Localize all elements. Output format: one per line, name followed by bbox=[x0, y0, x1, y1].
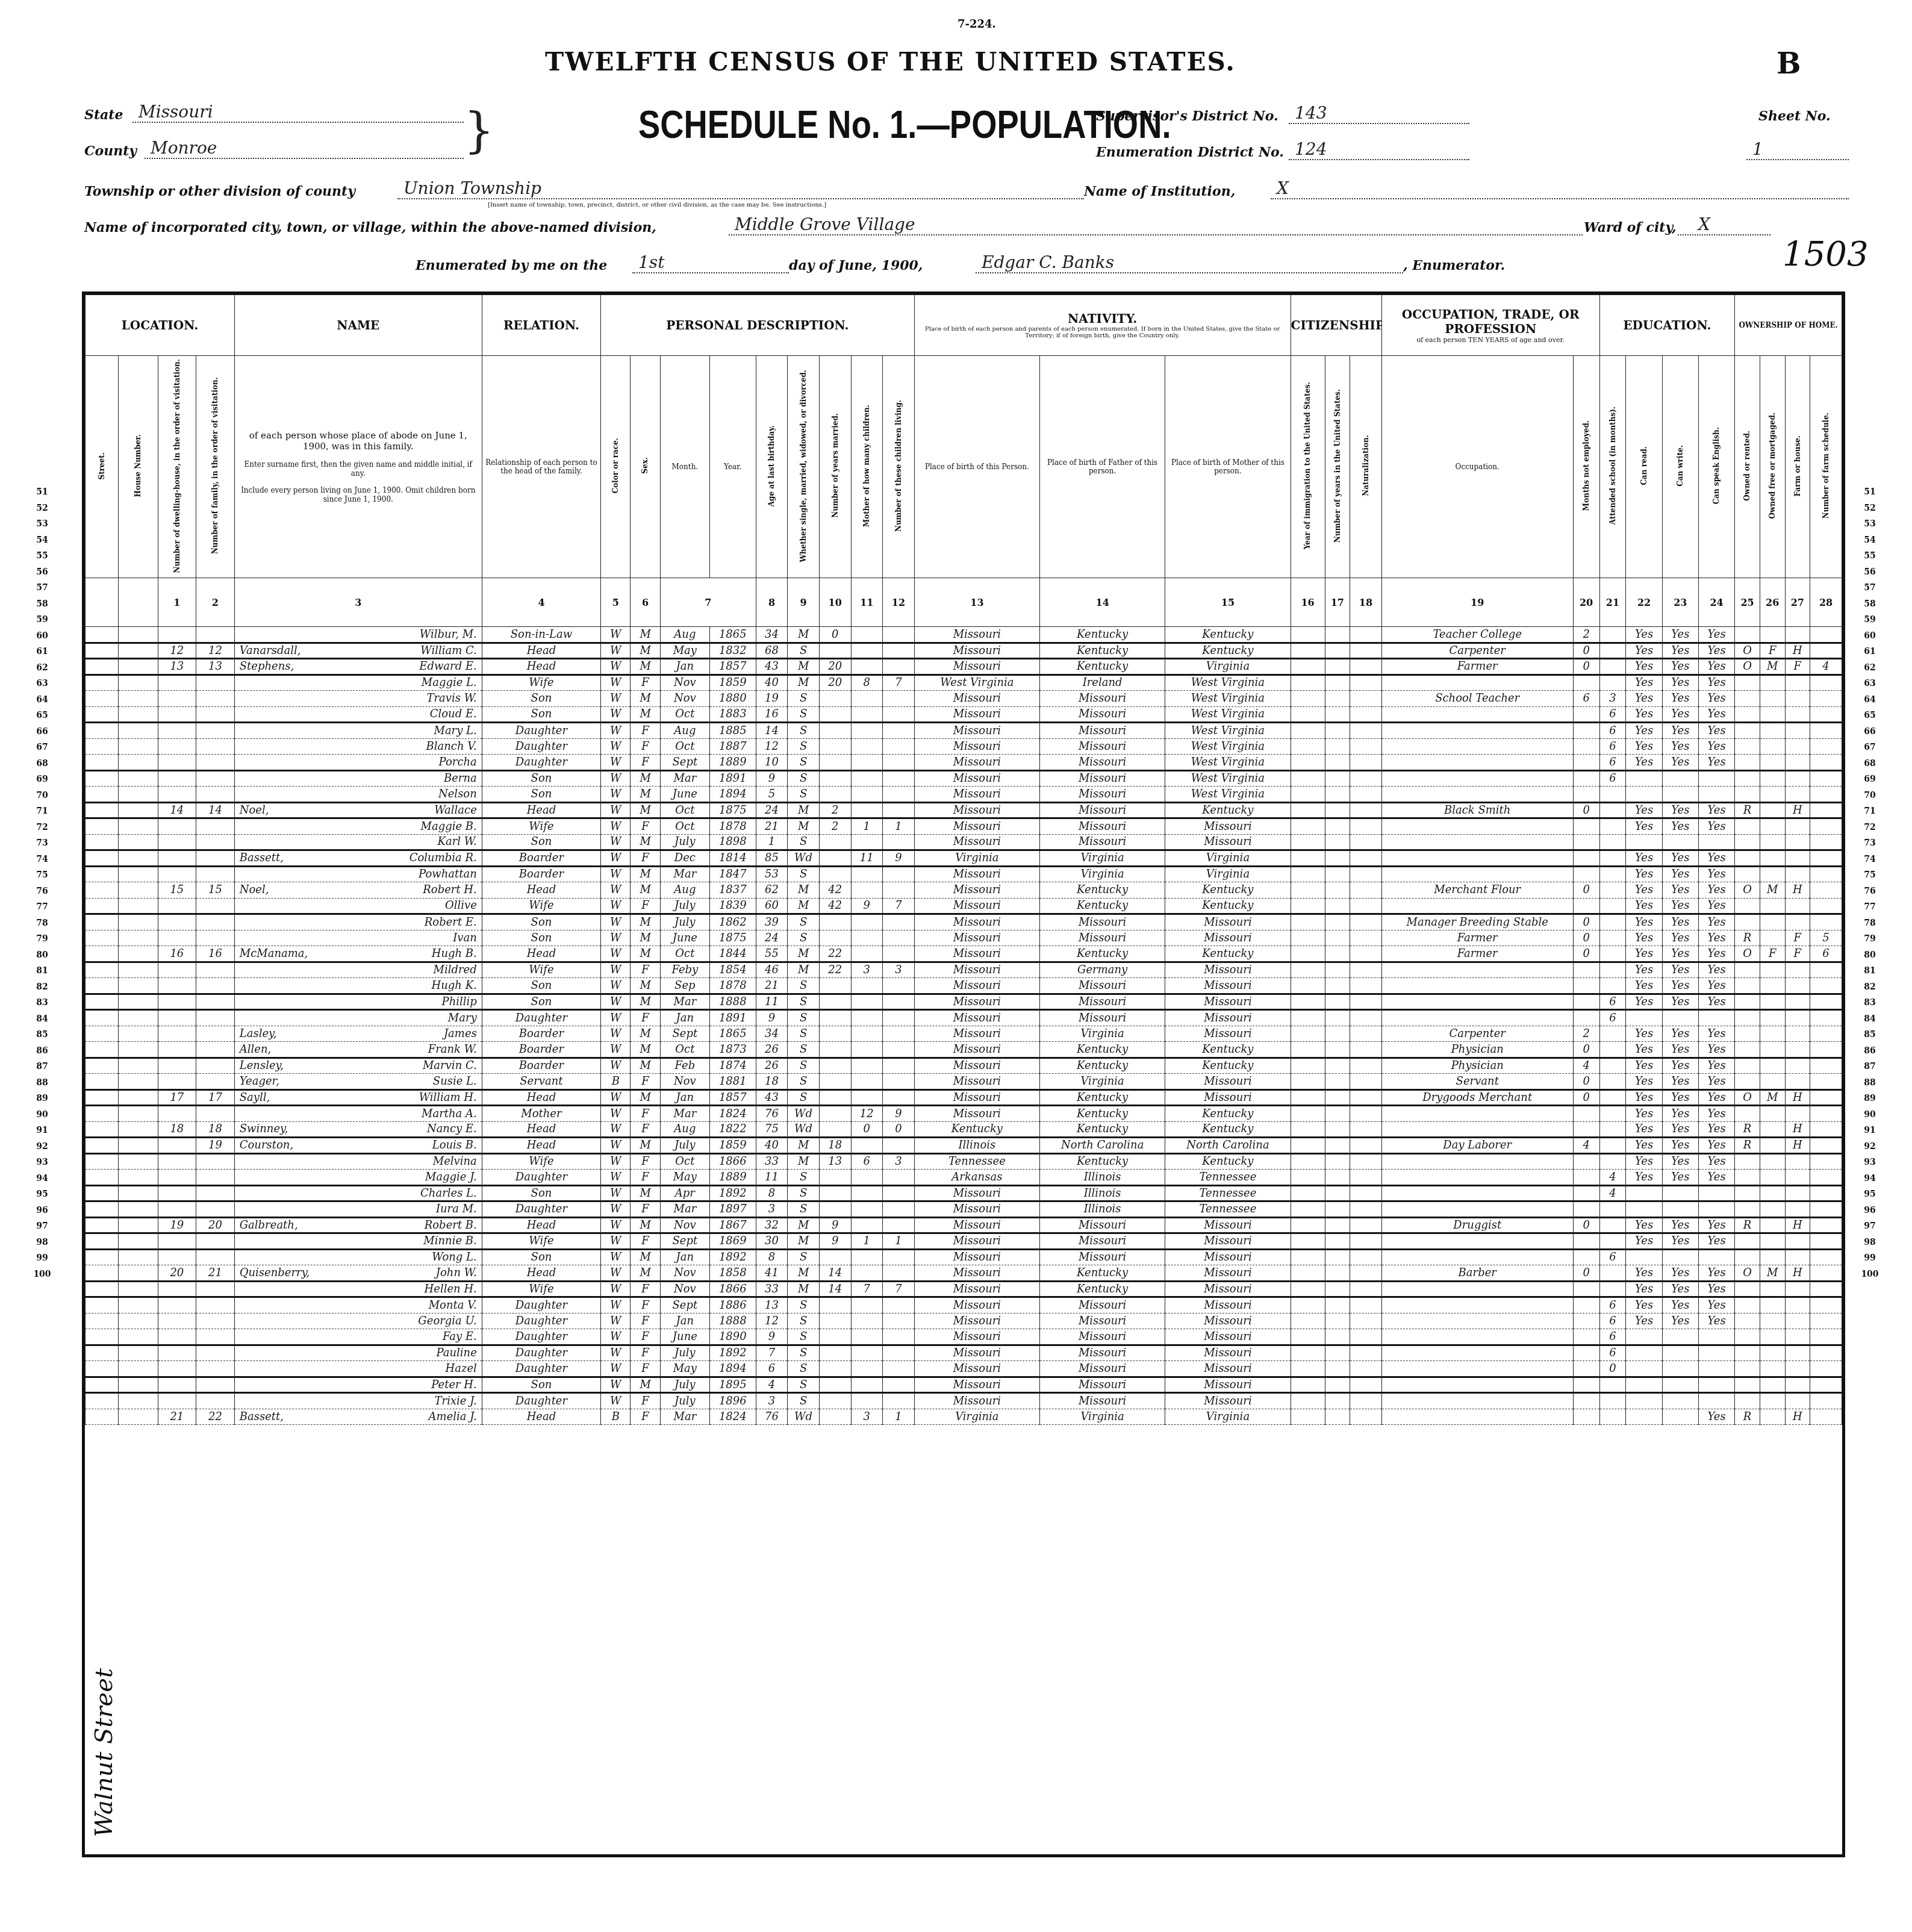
can-read: Yes bbox=[1626, 818, 1662, 835]
farm-schedule-number bbox=[1810, 1121, 1842, 1138]
occupation bbox=[1381, 834, 1573, 850]
empty-cell bbox=[86, 1361, 119, 1377]
birth-month: Jan bbox=[660, 1249, 709, 1265]
given-name: Hugh K. bbox=[432, 979, 482, 992]
mother-of-children: 1 bbox=[851, 1233, 883, 1250]
relation: Daughter bbox=[482, 1329, 600, 1345]
birth-year: 1888 bbox=[709, 994, 756, 1010]
months-unemployed bbox=[1573, 1153, 1599, 1170]
school-months bbox=[1599, 1233, 1626, 1250]
empty-cell bbox=[1350, 1297, 1382, 1313]
person-name: Trixie J. bbox=[234, 1393, 482, 1409]
children-living bbox=[883, 1138, 915, 1154]
farm-schedule-number bbox=[1810, 978, 1842, 994]
birth-month: Oct bbox=[660, 818, 709, 835]
farm-schedule-number bbox=[1810, 898, 1842, 914]
occupation bbox=[1381, 1345, 1573, 1361]
occupation: Day Laborer bbox=[1381, 1138, 1573, 1154]
birth-month: Jan bbox=[660, 1089, 709, 1106]
birth-year: 1885 bbox=[709, 723, 756, 739]
dwelling-number: 13 bbox=[158, 659, 196, 675]
birth-year: 1824 bbox=[709, 1409, 756, 1425]
age: 39 bbox=[756, 914, 788, 930]
birthplace-mother: Kentucky bbox=[1165, 882, 1291, 899]
family-number bbox=[196, 898, 235, 914]
relation: Son bbox=[482, 691, 600, 707]
mother-of-children bbox=[851, 1138, 883, 1154]
birth-year: 1824 bbox=[709, 1106, 756, 1122]
relation: Head bbox=[482, 1121, 600, 1138]
line-number: 66 bbox=[24, 724, 60, 740]
empty-cell bbox=[1291, 1281, 1325, 1297]
sex: F bbox=[631, 675, 660, 691]
empty-cell bbox=[1291, 1138, 1325, 1154]
school-months bbox=[1599, 962, 1626, 978]
mother-of-children bbox=[851, 946, 883, 962]
census-row: BernaSonWMMar18919SMissouriMissouriWest … bbox=[86, 770, 1842, 787]
empty-cell bbox=[1350, 1074, 1382, 1090]
line-number: 73 bbox=[24, 835, 60, 852]
owned-rented bbox=[1735, 1233, 1760, 1250]
mother-of-children bbox=[851, 627, 883, 643]
marital-status: M bbox=[788, 627, 820, 643]
dwelling-number: 14 bbox=[158, 802, 196, 818]
empty-cell bbox=[118, 1217, 158, 1233]
years-married: 9 bbox=[819, 1233, 851, 1250]
owned-rented: R bbox=[1735, 802, 1760, 818]
family-number bbox=[196, 866, 235, 882]
census-rows: Wilbur, M.Son-in-LawWMAug186534M0Missour… bbox=[86, 627, 1842, 1425]
months-unemployed bbox=[1573, 675, 1599, 691]
farm-schedule-number bbox=[1810, 1010, 1842, 1026]
line-number: 54 bbox=[1849, 532, 1891, 549]
line-number: 71 bbox=[1849, 803, 1891, 820]
col-color: Color or race. bbox=[601, 356, 631, 578]
can-write bbox=[1662, 1361, 1698, 1377]
birthplace-person: Missouri bbox=[914, 1393, 1039, 1409]
empty-cell bbox=[118, 1138, 158, 1154]
children-living: 9 bbox=[883, 1106, 915, 1122]
occupation bbox=[1381, 1249, 1573, 1265]
line-number: 59 bbox=[1849, 612, 1891, 628]
years-married bbox=[819, 643, 851, 659]
birthplace-person: Missouri bbox=[914, 914, 1039, 930]
school-months bbox=[1599, 818, 1626, 835]
sex: M bbox=[631, 1138, 660, 1154]
mother-of-children bbox=[851, 659, 883, 675]
empty-cell bbox=[1350, 914, 1382, 930]
marital-status: S bbox=[788, 1185, 820, 1201]
age: 21 bbox=[756, 818, 788, 835]
person-name: Charles L. bbox=[234, 1185, 482, 1201]
empty-cell bbox=[118, 1249, 158, 1265]
empty-cell bbox=[86, 1297, 119, 1313]
children-living bbox=[883, 1393, 915, 1409]
census-row: OlliveWifeWFJuly183960M4297MissouriKentu… bbox=[86, 898, 1842, 914]
given-name: Minnie B. bbox=[423, 1235, 481, 1247]
col-month: Month. bbox=[660, 356, 709, 578]
can-read: Yes bbox=[1626, 1106, 1662, 1122]
school-months bbox=[1599, 1201, 1626, 1218]
surname: Vanarsdall, bbox=[240, 644, 301, 657]
age: 30 bbox=[756, 1233, 788, 1250]
mother-of-children bbox=[851, 978, 883, 994]
line-number: 80 bbox=[24, 947, 60, 964]
empty-cell bbox=[1325, 866, 1350, 882]
years-married bbox=[819, 930, 851, 946]
family-number bbox=[196, 770, 235, 787]
years-married bbox=[819, 1297, 851, 1313]
birthplace-mother: Missouri bbox=[1165, 1313, 1291, 1329]
relation: Servant bbox=[482, 1074, 600, 1090]
birthplace-mother: Kentucky bbox=[1165, 946, 1291, 962]
can-read: Yes bbox=[1626, 978, 1662, 994]
mother-of-children bbox=[851, 1026, 883, 1042]
mother-of-children bbox=[851, 1265, 883, 1282]
group-citizenship: CITIZENSHIP. bbox=[1291, 295, 1381, 356]
owned-rented bbox=[1735, 1297, 1760, 1313]
empty-cell bbox=[1291, 1265, 1325, 1282]
given-name: Trixie J. bbox=[435, 1395, 482, 1407]
birth-month: Sept bbox=[660, 1297, 709, 1313]
person-name: McManama,Hugh B. bbox=[234, 946, 482, 962]
line-number: 70 bbox=[24, 788, 60, 804]
school-months bbox=[1599, 882, 1626, 899]
relation: Son bbox=[482, 787, 600, 803]
county-label: County bbox=[84, 143, 137, 159]
children-living: 3 bbox=[883, 1153, 915, 1170]
empty-cell bbox=[1325, 1329, 1350, 1345]
can-read bbox=[1626, 1345, 1662, 1361]
line-number: 51 bbox=[24, 484, 60, 500]
sex: M bbox=[631, 1217, 660, 1233]
empty-cell bbox=[1325, 738, 1350, 755]
can-read bbox=[1626, 1249, 1662, 1265]
farm-schedule-number bbox=[1810, 1345, 1842, 1361]
col-relation: Relationship of each person to the head … bbox=[482, 356, 600, 578]
column-number: 6 bbox=[631, 578, 660, 627]
birthplace-father: Missouri bbox=[1040, 1313, 1165, 1329]
speaks-english: Yes bbox=[1698, 962, 1734, 978]
age: 11 bbox=[756, 1170, 788, 1186]
empty-cell bbox=[118, 643, 158, 659]
can-write: Yes bbox=[1662, 1138, 1698, 1154]
birthplace-father: Missouri bbox=[1040, 930, 1165, 946]
person-name: Melvina bbox=[234, 1153, 482, 1170]
color-race: W bbox=[601, 994, 631, 1010]
birthplace-father: Missouri bbox=[1040, 834, 1165, 850]
line-number: 64 bbox=[24, 692, 60, 708]
birth-year: 1866 bbox=[709, 1153, 756, 1170]
relation: Boarder bbox=[482, 1042, 600, 1058]
dwelling-number bbox=[158, 914, 196, 930]
color-race: W bbox=[601, 1265, 631, 1282]
relation: Daughter bbox=[482, 723, 600, 739]
can-read bbox=[1626, 1361, 1662, 1377]
empty-cell bbox=[86, 1281, 119, 1297]
can-write: Yes bbox=[1662, 818, 1698, 835]
occupation bbox=[1381, 1201, 1573, 1218]
empty-cell bbox=[86, 962, 119, 978]
dwelling-number bbox=[158, 1106, 196, 1122]
empty-cell bbox=[1291, 706, 1325, 723]
column-number: 16 bbox=[1291, 578, 1325, 627]
enumeration-field: 124 bbox=[1289, 139, 1469, 160]
speaks-english: Yes bbox=[1698, 1089, 1734, 1106]
birth-year: 1881 bbox=[709, 1074, 756, 1090]
sex: M bbox=[631, 691, 660, 707]
can-write bbox=[1662, 1249, 1698, 1265]
empty-cell bbox=[1291, 978, 1325, 994]
birthplace-person: Missouri bbox=[914, 1377, 1039, 1393]
can-read: Yes bbox=[1626, 1138, 1662, 1154]
birthplace-mother: West Virginia bbox=[1165, 706, 1291, 723]
can-write bbox=[1662, 1201, 1698, 1218]
sex: F bbox=[631, 898, 660, 914]
owned-rented: O bbox=[1735, 1089, 1760, 1106]
color-race: W bbox=[601, 962, 631, 978]
line-number: 86 bbox=[24, 1043, 60, 1059]
farm-schedule-number bbox=[1810, 1361, 1842, 1377]
can-write: Yes bbox=[1662, 962, 1698, 978]
birth-year: 1873 bbox=[709, 1042, 756, 1058]
empty-cell bbox=[118, 834, 158, 850]
relation: Head bbox=[482, 882, 600, 899]
dwelling-number bbox=[158, 1281, 196, 1297]
age: 76 bbox=[756, 1106, 788, 1122]
years-married bbox=[819, 1074, 851, 1090]
city-label: Name of incorporated city, town, or vill… bbox=[84, 220, 656, 235]
school-months bbox=[1599, 930, 1626, 946]
census-row: 1818Swinney,Nancy E.HeadWFAug182275Wd00K… bbox=[86, 1121, 1842, 1138]
marital-status: M bbox=[788, 1233, 820, 1250]
line-number: 76 bbox=[24, 883, 60, 900]
dwelling-number bbox=[158, 1233, 196, 1250]
dwelling-number bbox=[158, 1185, 196, 1201]
can-read: Yes bbox=[1626, 1217, 1662, 1233]
years-married bbox=[819, 755, 851, 771]
given-name: Cloud E. bbox=[430, 708, 482, 720]
column-number: 10 bbox=[819, 578, 851, 627]
family-number bbox=[196, 691, 235, 707]
empty-cell bbox=[1325, 1026, 1350, 1042]
empty-cell bbox=[86, 1201, 119, 1218]
age: 33 bbox=[756, 1281, 788, 1297]
enumerator-field: Edgar C. Banks bbox=[976, 252, 1403, 273]
dwelling-number bbox=[158, 1313, 196, 1329]
line-number: 92 bbox=[1849, 1139, 1891, 1155]
marital-status: M bbox=[788, 818, 820, 835]
col-year: Year. bbox=[709, 356, 756, 578]
family-number: 12 bbox=[196, 643, 235, 659]
form-number: 7-224. bbox=[958, 18, 996, 31]
farm-house: H bbox=[1785, 643, 1810, 659]
person-name: Pauline bbox=[234, 1345, 482, 1361]
farm-house bbox=[1785, 978, 1810, 994]
birthplace-mother: Missouri bbox=[1165, 834, 1291, 850]
birthplace-father: Virginia bbox=[1040, 1074, 1165, 1090]
birthplace-person: Missouri bbox=[914, 1042, 1039, 1058]
family-number bbox=[196, 1042, 235, 1058]
empty-cell bbox=[1291, 898, 1325, 914]
sex: F bbox=[631, 1121, 660, 1138]
months-unemployed bbox=[1573, 738, 1599, 755]
empty-cell bbox=[118, 675, 158, 691]
enumeration-value: 124 bbox=[1295, 139, 1327, 159]
speaks-english: Yes bbox=[1698, 978, 1734, 994]
free-mortgaged bbox=[1760, 1058, 1785, 1074]
sex: M bbox=[631, 946, 660, 962]
farm-schedule-number bbox=[1810, 1297, 1842, 1313]
birthplace-mother: West Virginia bbox=[1165, 723, 1291, 739]
marital-status: S bbox=[788, 930, 820, 946]
can-write: Yes bbox=[1662, 691, 1698, 707]
months-unemployed bbox=[1573, 898, 1599, 914]
birthplace-father: Missouri bbox=[1040, 770, 1165, 787]
years-married bbox=[819, 1377, 851, 1393]
census-table: LOCATION. NAME RELATION. PERSONAL DESCRI… bbox=[85, 294, 1842, 1425]
mother-of-children bbox=[851, 914, 883, 930]
empty-cell bbox=[1325, 1233, 1350, 1250]
age: 53 bbox=[756, 866, 788, 882]
months-unemployed: 0 bbox=[1573, 1089, 1599, 1106]
empty-cell bbox=[1350, 1265, 1382, 1282]
school-months bbox=[1599, 914, 1626, 930]
column-number: 28 bbox=[1810, 578, 1842, 627]
occupation: Farmer bbox=[1381, 659, 1573, 675]
empty-cell bbox=[1291, 1345, 1325, 1361]
mother-of-children: 3 bbox=[851, 1409, 883, 1425]
can-write: Yes bbox=[1662, 1153, 1698, 1170]
farm-house bbox=[1785, 723, 1810, 739]
birth-year: 1894 bbox=[709, 787, 756, 803]
age: 11 bbox=[756, 994, 788, 1010]
speaks-english bbox=[1698, 1010, 1734, 1026]
marital-status: S bbox=[788, 1089, 820, 1106]
mother-of-children: 11 bbox=[851, 850, 883, 867]
years-married bbox=[819, 1409, 851, 1425]
can-write bbox=[1662, 770, 1698, 787]
children-living bbox=[883, 1377, 915, 1393]
color-race: W bbox=[601, 1217, 631, 1233]
birthplace-mother: North Carolina bbox=[1165, 1138, 1291, 1154]
free-mortgaged bbox=[1760, 723, 1785, 739]
marital-status: M bbox=[788, 946, 820, 962]
birthplace-mother: Missouri bbox=[1165, 1217, 1291, 1233]
age: 43 bbox=[756, 659, 788, 675]
owned-rented bbox=[1735, 770, 1760, 787]
marital-status: M bbox=[788, 675, 820, 691]
color-race: W bbox=[601, 850, 631, 867]
marital-status: Wd bbox=[788, 1409, 820, 1425]
birthplace-mother: Missouri bbox=[1165, 978, 1291, 994]
months-unemployed: 0 bbox=[1573, 882, 1599, 899]
birth-year: 1894 bbox=[709, 1361, 756, 1377]
can-write: Yes bbox=[1662, 866, 1698, 882]
birth-month: Nov bbox=[660, 1281, 709, 1297]
family-number bbox=[196, 1026, 235, 1042]
given-name: Martha A. bbox=[422, 1108, 482, 1120]
line-number: 78 bbox=[1849, 915, 1891, 932]
person-name: Robert E. bbox=[234, 914, 482, 930]
family-number bbox=[196, 1074, 235, 1090]
occupation bbox=[1381, 866, 1573, 882]
column-number: 9 bbox=[788, 578, 820, 627]
sex: M bbox=[631, 914, 660, 930]
marital-status: S bbox=[788, 787, 820, 803]
owned-rented bbox=[1735, 627, 1760, 643]
speaks-english: Yes bbox=[1698, 723, 1734, 739]
line-number: 99 bbox=[1849, 1250, 1891, 1267]
can-write bbox=[1662, 1345, 1698, 1361]
birthplace-father: Kentucky bbox=[1040, 1153, 1165, 1170]
can-read: Yes bbox=[1626, 659, 1662, 675]
birthplace-mother: West Virginia bbox=[1165, 738, 1291, 755]
color-race: W bbox=[601, 1361, 631, 1377]
years-married bbox=[819, 1393, 851, 1409]
owned-rented: R bbox=[1735, 930, 1760, 946]
birthplace-father: Missouri bbox=[1040, 1329, 1165, 1345]
age: 4 bbox=[756, 1377, 788, 1393]
years-married: 20 bbox=[819, 659, 851, 675]
empty-cell bbox=[1350, 675, 1382, 691]
group-occupation: OCCUPATION, TRADE, OR PROFESSIONof each … bbox=[1381, 295, 1599, 356]
marital-status: M bbox=[788, 1217, 820, 1233]
empty-cell bbox=[1325, 1297, 1350, 1313]
line-number: 65 bbox=[1849, 708, 1891, 724]
color-race: W bbox=[601, 627, 631, 643]
farm-schedule-number bbox=[1810, 1089, 1842, 1106]
empty-cell bbox=[86, 787, 119, 803]
mother-of-children bbox=[851, 802, 883, 818]
col-months-unemployed: Months not employed. bbox=[1573, 356, 1599, 578]
months-unemployed bbox=[1573, 1297, 1599, 1313]
occupation-note: of each person TEN YEARS of age and over… bbox=[1382, 336, 1599, 344]
can-write: Yes bbox=[1662, 1058, 1698, 1074]
given-name: Wilbur, M. bbox=[420, 628, 482, 641]
line-number: 95 bbox=[1849, 1186, 1891, 1203]
age: 24 bbox=[756, 930, 788, 946]
line-number: 57 bbox=[24, 580, 60, 596]
color-race: W bbox=[601, 834, 631, 850]
speaks-english: Yes bbox=[1698, 1233, 1734, 1250]
census-row: Travis W.SonWMNov188019SMissouriMissouri… bbox=[86, 691, 1842, 707]
col-street: Street. bbox=[86, 356, 119, 578]
dwelling-number bbox=[158, 627, 196, 643]
col-marital: Whether single, married, widowed, or div… bbox=[788, 356, 820, 578]
marital-status: S bbox=[788, 914, 820, 930]
dwelling-number bbox=[158, 818, 196, 835]
family-number bbox=[196, 1153, 235, 1170]
given-name: Hazel bbox=[445, 1362, 481, 1375]
group-location: LOCATION. bbox=[86, 295, 235, 356]
empty-cell bbox=[118, 1121, 158, 1138]
color-race: W bbox=[601, 1297, 631, 1313]
empty-cell bbox=[1350, 1010, 1382, 1026]
empty-cell bbox=[1291, 1249, 1325, 1265]
empty-cell bbox=[1291, 723, 1325, 739]
empty-cell bbox=[1291, 643, 1325, 659]
farm-schedule-number bbox=[1810, 770, 1842, 787]
empty-cell bbox=[1291, 1393, 1325, 1409]
mother-of-children bbox=[851, 1170, 883, 1186]
empty-cell bbox=[1291, 1377, 1325, 1393]
empty-cell bbox=[1291, 1313, 1325, 1329]
marital-status: M bbox=[788, 898, 820, 914]
dwelling-number: 17 bbox=[158, 1089, 196, 1106]
col-immigration: Year of immigration to the United States… bbox=[1291, 356, 1325, 578]
free-mortgaged bbox=[1760, 1361, 1785, 1377]
